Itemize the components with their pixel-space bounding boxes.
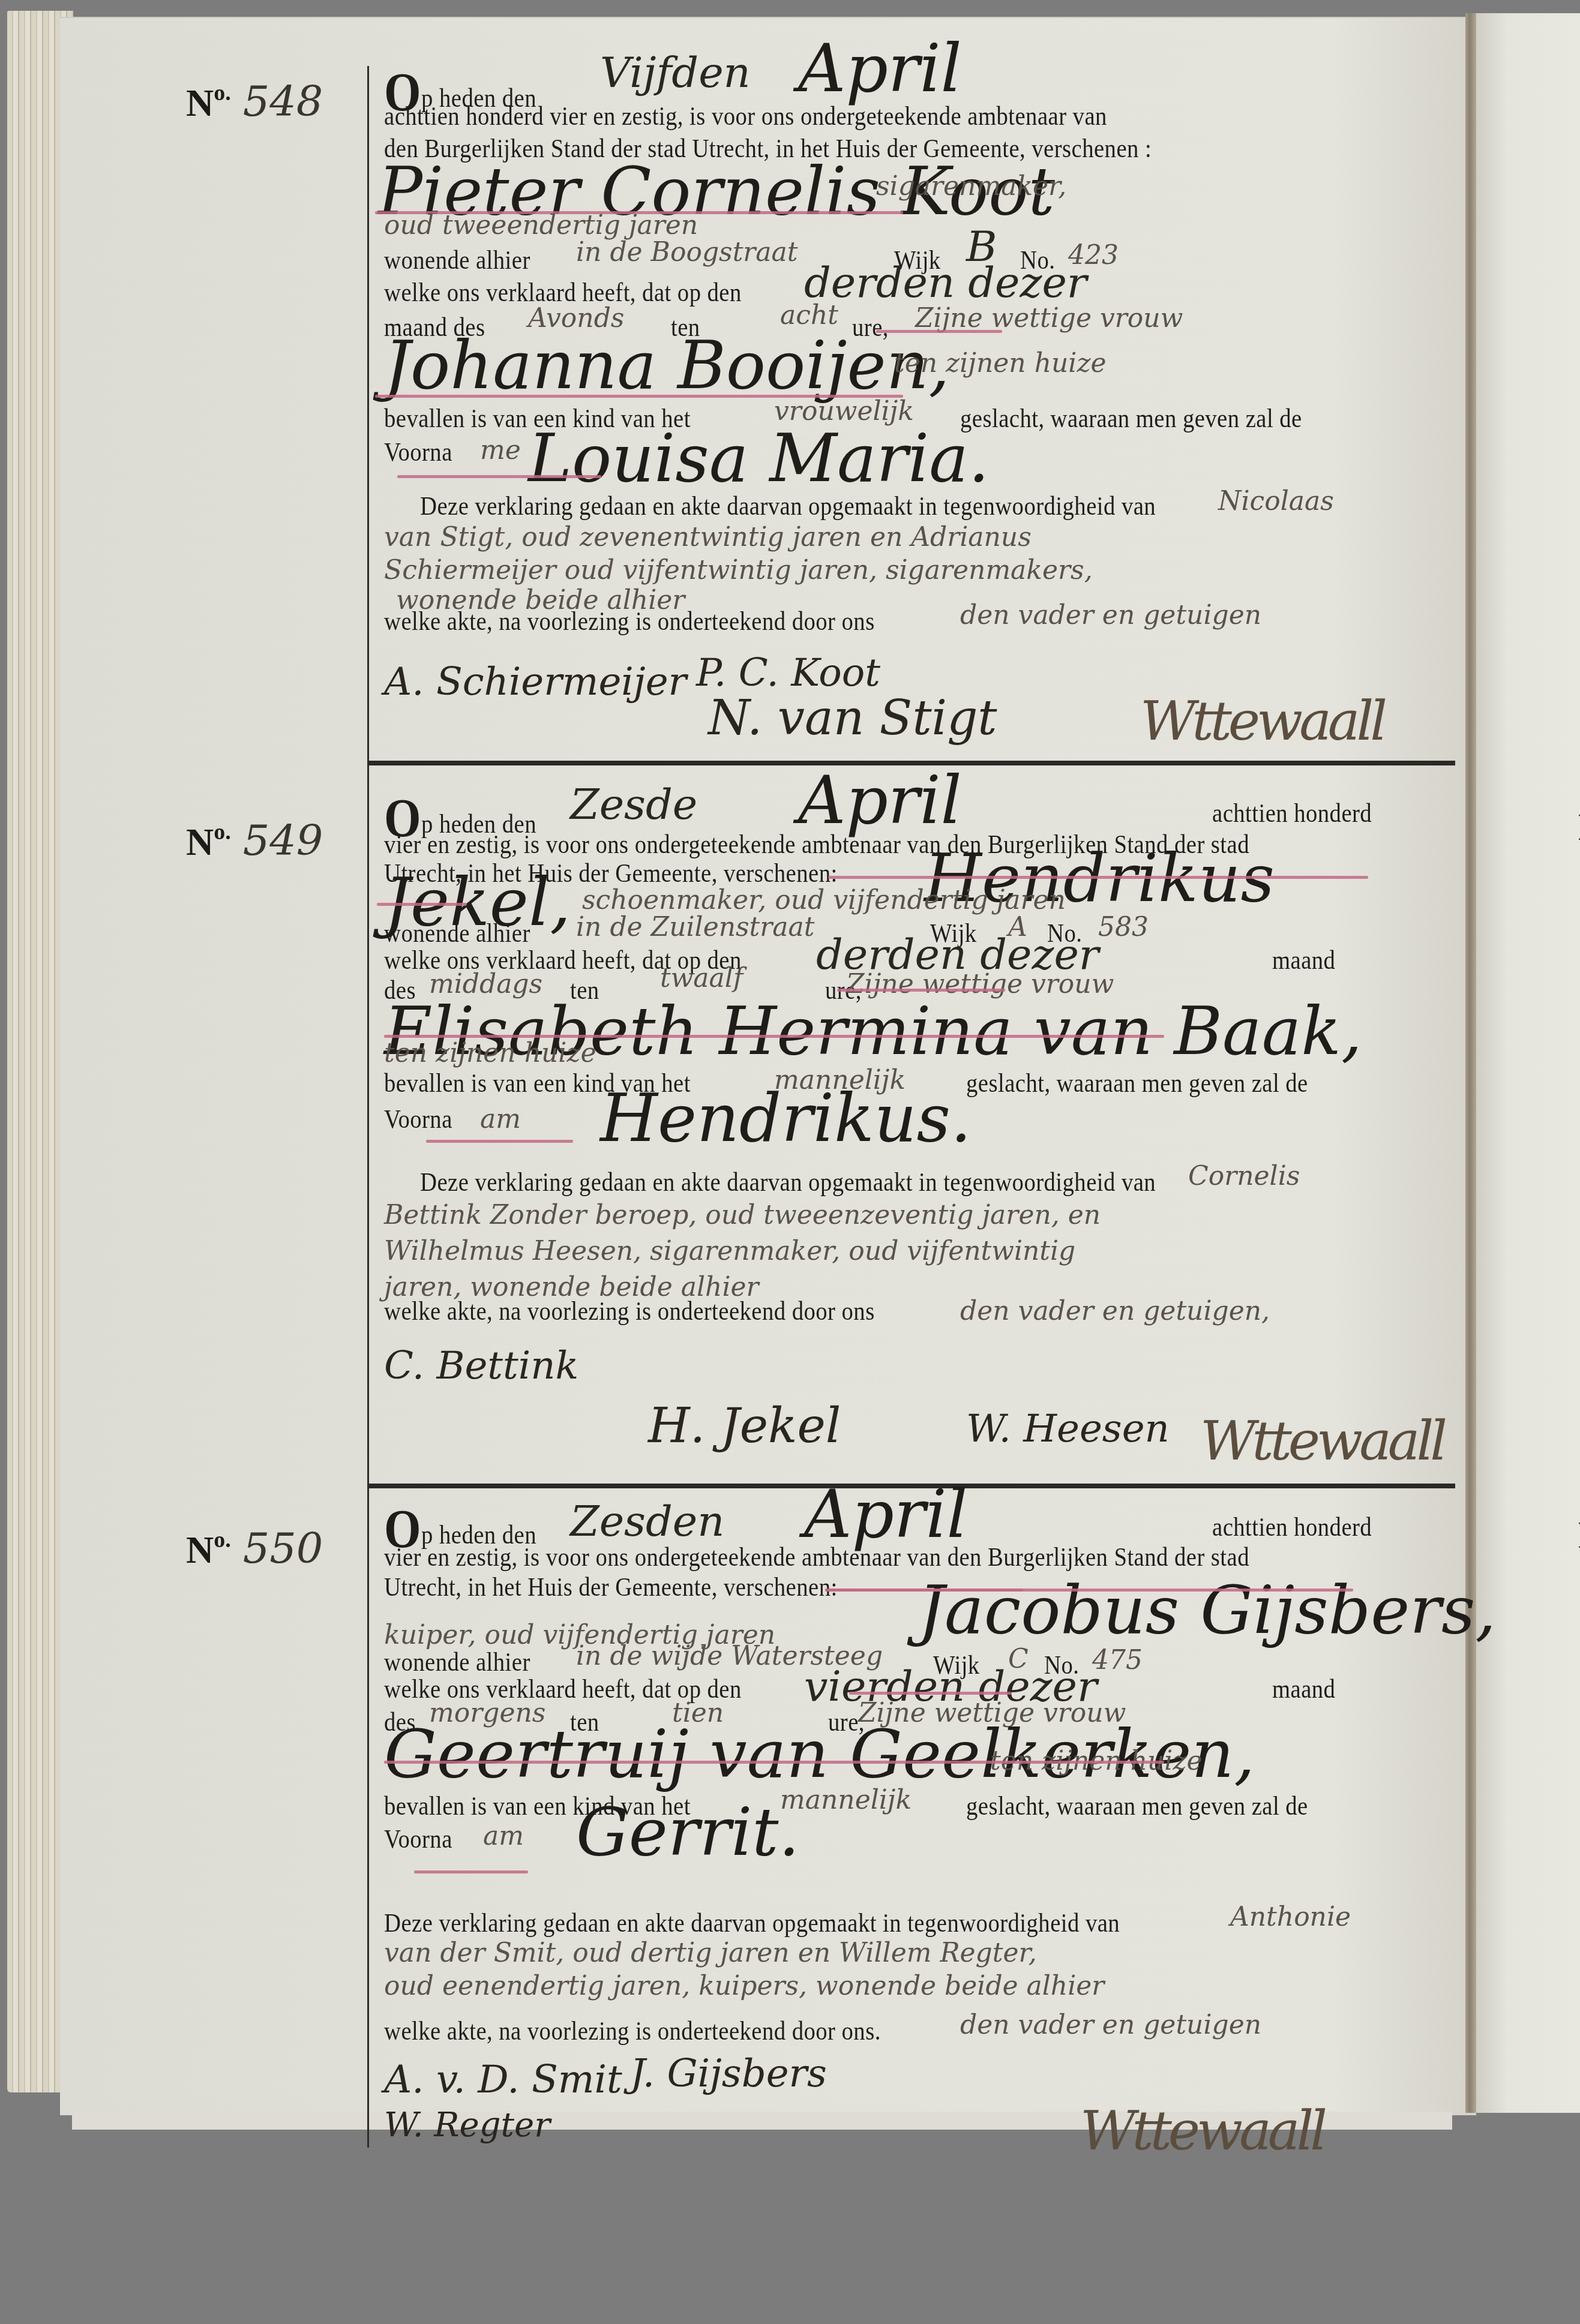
signed-label: welke akte, na voorlezing is onderteeken… [384,2016,881,2046]
voorna-label: Voorna [384,1104,452,1134]
maand-label: maand [1272,945,1335,975]
month: April [804,1476,968,1553]
signed-by: den vader en getuigen [960,2010,1261,2040]
entry-number: No.548 [186,77,323,126]
address: in de Zuilenstraat [576,912,814,942]
line-burgerlijke-stand: Utrecht, in het Huis der Gemeente, versc… [384,1572,838,1602]
signature: C. Bettink [384,1344,578,1388]
signature: H. Jekel [648,1398,841,1454]
house-number: 475 [1092,1645,1143,1676]
mother-name: Johanna Booijen, [384,327,949,404]
child-name: Gerrit. [576,1794,800,1870]
witness-line: Schiermeijer oud vijfentwintig jaren, si… [384,555,1093,585]
witness-line: Anthonie [1230,1902,1351,1932]
voorna-label: Voorna [384,1824,452,1854]
address: in de Boogstraat [576,237,798,268]
signature: W. Regter [384,2106,550,2145]
registrar-signature: Wttewaall [1140,690,1384,753]
underline [377,903,467,906]
geslacht-label: geslacht, waaraan men geven zal de [966,1068,1308,1098]
day: Zesden [570,1497,724,1546]
signed-label: welke akte, na voorlezing is onderteeken… [384,1296,875,1326]
signed-label: welke akte, na voorlezing is onderteeken… [384,606,875,636]
underline [828,876,1368,879]
facing-page: N N [1476,13,1580,2113]
voorna-suffix: am [480,1104,521,1134]
wonende-label: wonende alhier [384,1647,530,1677]
margin-rule [367,66,369,2148]
child-name: Louisa Maria. [528,420,990,497]
underline [837,989,1005,992]
registrar-signature: Wttewaall [1200,1410,1444,1473]
declarant-details: schoenmaker, oud vijfendertig jaren [582,885,1066,915]
geslacht-label: geslacht, waaraan men geven zal de [966,1791,1308,1821]
witness-line: Nicolaas [1218,486,1334,517]
line-year: achttien honderd vier en zestig, is voor… [384,101,1107,131]
voorna-label: Voorna [384,437,452,467]
entry-number: No.549 [186,816,323,865]
underline [426,1140,573,1143]
witness-line: Wilhelmus Heesen, sigarenmaker, oud vijf… [384,1236,1075,1266]
signature: A. Schiermeijer [384,660,686,704]
signed-by: den vader en getuigen, [960,1296,1270,1326]
witness-label: Deze verklaring gedaan en akte daarvan o… [420,1167,1156,1197]
mother-place: ten zijnen huize [384,1038,596,1068]
mother-place: ten zijnen huize [894,348,1107,379]
hour: twaalf [660,963,743,993]
signature: J. Gijsbers [630,2052,827,2096]
underline [397,475,601,478]
underline [384,1761,1164,1764]
book-binding-gutter [1465,13,1476,2113]
witness-label: Deze verklaring gedaan en akte daarvan o… [384,1908,1120,1938]
witness-line: van Stigt, oud zevenentwintig jaren en A… [384,522,1032,553]
birth-day: derden dezer [804,258,1087,307]
registrar-signature: Wttewaall [1080,2100,1324,2163]
entry-number: No.550 [186,1524,323,1573]
line-year: vier en zestig, is voor ons ondergeteeke… [384,1542,1249,1572]
wonende-label: wonende alhier [384,245,530,275]
declarant-occupation: sigarenmaker, [876,171,1066,202]
hour: acht [780,300,838,331]
maand-label: maand [1272,1674,1335,1704]
bleed-through-text [150,96,156,124]
signed-by: den vader en getuigen [960,600,1261,630]
declarant-age: oud tweeendertig jaren [384,210,698,241]
witness-line: van der Smit, oud dertig jaren en Willem… [384,1938,1037,1968]
signature: N. van Stigt [708,690,997,746]
voorna-suffix: me [480,435,521,466]
month: April [798,30,962,107]
day: Vijfden [600,48,751,97]
signature: P. C. Koot [696,651,880,695]
year-start: achttien honderd [1212,1512,1372,1542]
underline [414,1870,528,1873]
signature: A. v. D. Smit [384,2058,622,2102]
voorna-suffix: am [483,1821,524,1851]
child-sex: mannelijk [780,1785,912,1815]
underline [825,1589,1353,1592]
day: Zesde [570,780,697,829]
relation: Zijne wettige vrouw [915,303,1183,334]
underline [849,1692,1011,1695]
house-number: 583 [1098,912,1149,942]
witness-label: Deze verklaring gedaan en akte daarvan o… [420,491,1156,521]
witness-line: Bettink Zonder beroep, oud tweeenzeventi… [384,1200,1101,1230]
child-name: Hendrikus. [600,1080,972,1157]
geslacht-label: geslacht, waaraan men geven zal de [960,403,1302,434]
declarant-name: Jacobus Gijsbers, [918,1572,1496,1649]
month: April [798,762,962,839]
year-start: achttien honderd [1212,798,1372,828]
witness-line: Cornelis [1188,1161,1300,1191]
signature: W. Heesen [966,1407,1170,1451]
wonende-label: wonende alhier [384,918,530,948]
witness-line: oud eenendertig jaren, kuipers, wonende … [384,1971,1104,2001]
